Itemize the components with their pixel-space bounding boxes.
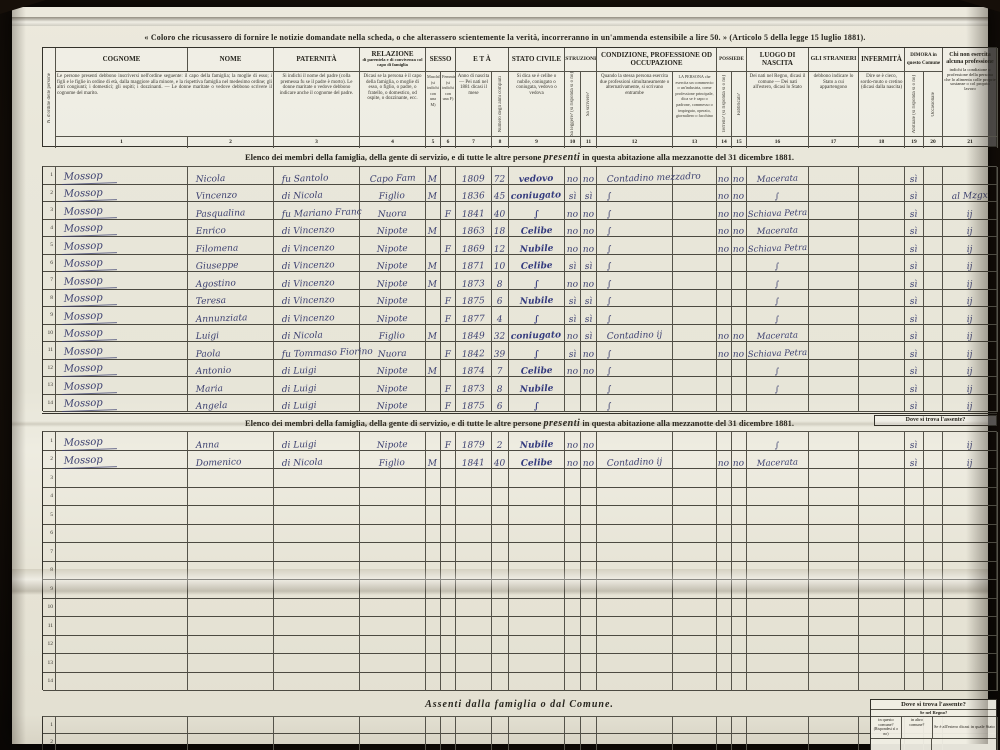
row-cell xyxy=(492,580,509,599)
table-row: 3MossopPasqualinafu Mariano FrancNuoraF1… xyxy=(43,202,996,220)
handwritten-entry: sì xyxy=(568,314,576,324)
row-cell xyxy=(360,717,426,734)
row-cell xyxy=(859,272,905,290)
header-cognome: COGNOME xyxy=(56,48,188,72)
handwritten-entry: Nipote xyxy=(377,226,408,237)
row-cell xyxy=(905,654,924,673)
row-cell xyxy=(456,562,492,581)
row-cell xyxy=(509,562,565,581)
handwritten-entry: al Mzgx xyxy=(952,191,988,202)
row-cell: no xyxy=(581,272,597,290)
row-cell xyxy=(732,734,747,750)
handwritten-entry: 1873 xyxy=(462,279,485,290)
row-cell xyxy=(943,580,998,599)
row-cell xyxy=(492,506,509,525)
row-cell: Nipote xyxy=(360,272,426,290)
section1-title-pre: Elenco dei membri della famiglia, della … xyxy=(245,152,543,162)
row-cell xyxy=(924,272,943,290)
row-cell xyxy=(597,506,673,525)
row-cell xyxy=(673,543,717,562)
handwritten-entry: M xyxy=(428,174,438,184)
row-cell xyxy=(717,360,732,378)
row-cell xyxy=(905,525,924,544)
row-cell xyxy=(188,562,274,581)
row-cell xyxy=(924,377,943,395)
row-number: 6 xyxy=(43,525,56,544)
row-cell: ∫ xyxy=(597,237,673,255)
handwritten-entry: di Nicola xyxy=(282,191,323,202)
col-number: 3 xyxy=(274,136,360,148)
row-cell xyxy=(673,395,717,413)
row-number: 9 xyxy=(43,580,56,599)
row-cell xyxy=(188,525,274,544)
row-cell xyxy=(717,290,732,308)
table-row: 9MossopAnnunziatadi VincenzoNipoteF18774… xyxy=(43,307,996,325)
col-number: 5 xyxy=(426,136,441,148)
handwritten-entry: 1849 xyxy=(462,331,485,342)
note-infermita: Dire se è cieco, sordo-muto o cretino (d… xyxy=(859,72,905,136)
handwritten-entry: M xyxy=(428,459,438,469)
row-cell: no xyxy=(732,167,747,185)
handwritten-entry: ij xyxy=(967,384,973,394)
handwritten-entry: sì xyxy=(910,297,918,307)
row-cell: Celibe xyxy=(509,220,565,238)
row-cell: 1875 xyxy=(456,395,492,413)
handwritten-entry: ∫ xyxy=(775,262,780,272)
row-cell xyxy=(509,636,565,655)
row-cell xyxy=(456,599,492,618)
handwritten-entry: ∫ xyxy=(775,367,780,377)
row-cell: 1809 xyxy=(456,167,492,185)
photographed-census-sheet: « Coloro che ricusassero di fornire le n… xyxy=(0,0,1000,750)
row-cell xyxy=(673,617,717,636)
handwritten-entry: sì xyxy=(910,262,918,272)
row-cell xyxy=(943,488,998,507)
row-cell: Nubile xyxy=(509,432,565,451)
row-cell: Pasqualina xyxy=(188,202,274,220)
row-cell: Celibe xyxy=(509,360,565,378)
col-number: 7 xyxy=(456,136,492,148)
row-cell: M xyxy=(426,255,441,273)
row-cell: Schiava Petra xyxy=(747,342,809,360)
handwritten-entry: Enrico xyxy=(196,226,226,237)
handwritten-entry: ij xyxy=(967,244,973,254)
col-number: 8 xyxy=(492,136,509,148)
row-cell: sì xyxy=(905,307,924,325)
handwritten-entry: ∫ xyxy=(534,209,540,219)
row-cell: 72 xyxy=(492,167,509,185)
row-cell xyxy=(673,469,717,488)
handwritten-entry: Figlio xyxy=(379,331,405,342)
handwritten-entry: Filomena xyxy=(196,243,239,254)
row-cell xyxy=(441,220,456,238)
handwritten-entry: no xyxy=(583,367,595,377)
handwritten-entry: ∫ xyxy=(607,192,612,202)
row-cell xyxy=(274,562,360,581)
handwritten-entry: Giuseppe xyxy=(196,261,239,272)
row-cell xyxy=(809,167,859,185)
header-chi-non-esercita-note: indichi la condizione o professione dell… xyxy=(944,68,996,92)
handwritten-entry: Schiava Petra xyxy=(747,207,807,219)
row-cell xyxy=(565,506,581,525)
handwritten-entry: ∫ xyxy=(775,192,780,202)
row-cell: ij xyxy=(943,290,998,308)
row-cell xyxy=(565,636,581,655)
row-cell xyxy=(732,506,747,525)
row-cell: no xyxy=(565,220,581,238)
ordine-column-label: N. d'ordine delle persone xyxy=(43,48,56,148)
table-header: N. d'ordine delle persone COGNOME NOME P… xyxy=(42,47,997,147)
row-cell: sì xyxy=(581,325,597,343)
row-cell xyxy=(426,580,441,599)
handwritten-entry: M xyxy=(428,332,438,342)
row-cell xyxy=(441,469,456,488)
row-cell: 7 xyxy=(492,360,509,378)
row-cell: sì xyxy=(905,220,924,238)
row-cell xyxy=(859,673,905,692)
row-cell xyxy=(732,488,747,507)
row-cell xyxy=(441,325,456,343)
row-cell: sì xyxy=(905,360,924,378)
row-cell: Celibe xyxy=(509,255,565,273)
handwritten-entry: Nipote xyxy=(377,401,408,412)
row-cell xyxy=(673,290,717,308)
row-cell: Maria xyxy=(188,377,274,395)
row-cell: di Vincenzo xyxy=(274,220,360,238)
row-cell xyxy=(456,525,492,544)
row-cell xyxy=(924,342,943,360)
note-due-professioni: Quando la stessa persona esercita due pr… xyxy=(597,72,673,136)
handwritten-entry: no xyxy=(567,209,579,219)
row-cell: 1841 xyxy=(456,451,492,470)
row-cell: Nipote xyxy=(360,395,426,413)
handwritten-entry: no xyxy=(733,174,745,184)
note-relazione: Dicasi se la persona è il capo della fam… xyxy=(360,72,426,136)
row-cell xyxy=(732,307,747,325)
row-cell: M xyxy=(426,167,441,185)
row-cell xyxy=(441,360,456,378)
handwritten-entry: ij xyxy=(967,279,973,289)
row-cell xyxy=(859,506,905,525)
handwritten-entry: no xyxy=(718,227,730,237)
col-number: 14 xyxy=(717,136,732,148)
row-cell xyxy=(565,734,581,750)
row-cell xyxy=(809,617,859,636)
row-cell: Angela xyxy=(188,395,274,413)
table-row: 2MossopVincenzodi NicolaFiglioM183645con… xyxy=(43,185,996,203)
row-cell: no xyxy=(565,272,581,290)
row-cell xyxy=(859,525,905,544)
row-cell: Mossop xyxy=(56,237,188,255)
row-cell: 6 xyxy=(492,290,509,308)
row-cell xyxy=(859,636,905,655)
row-cell: ∫ xyxy=(597,377,673,395)
row-cell xyxy=(492,562,509,581)
table-row: 6MossopGiuseppedi VincenzoNipoteM187110C… xyxy=(43,255,996,273)
row-cell: Mossop xyxy=(56,432,188,451)
handwritten-entry: ij xyxy=(967,367,973,377)
row-cell xyxy=(673,272,717,290)
note-occasionale: Occasionale xyxy=(924,72,943,136)
row-cell xyxy=(924,255,943,273)
row-cell xyxy=(924,395,943,413)
row-cell: Mossop xyxy=(56,255,188,273)
handwritten-entry: ∫ xyxy=(775,440,780,450)
row-cell xyxy=(732,290,747,308)
row-cell xyxy=(492,717,509,734)
row-cell: Contadino ij xyxy=(597,451,673,470)
row-cell xyxy=(924,654,943,673)
col-number: 19 xyxy=(905,136,924,148)
row-cell xyxy=(274,617,360,636)
handwritten-entry: ij xyxy=(967,349,973,359)
table-row: 3 xyxy=(43,469,996,488)
handwritten-entry: ∫ xyxy=(607,279,612,289)
row-cell xyxy=(492,543,509,562)
row-number: 11 xyxy=(43,617,56,636)
handwritten-entry: no xyxy=(733,192,745,202)
row-cell: no xyxy=(565,325,581,343)
row-cell: ij xyxy=(943,255,998,273)
row-cell xyxy=(565,377,581,395)
handwritten-entry: ∫ xyxy=(607,314,612,324)
row-cell xyxy=(360,734,426,750)
absent-box-nota: (Rispondesi sì o no) xyxy=(872,727,900,736)
row-cell xyxy=(809,360,859,378)
table-row: 7MossopAgostinodi VincenzoNipoteM18738∫n… xyxy=(43,272,996,290)
row-cell: sì xyxy=(905,395,924,413)
row-cell xyxy=(859,307,905,325)
row-cell xyxy=(859,202,905,220)
row-number: 11 xyxy=(43,342,56,360)
row-cell: Enrico xyxy=(188,220,274,238)
row-cell xyxy=(809,255,859,273)
handwritten-entry: sì xyxy=(910,279,918,289)
row-cell xyxy=(924,469,943,488)
row-cell: 18 xyxy=(492,220,509,238)
row-cell: 6 xyxy=(492,395,509,413)
row-number: 7 xyxy=(43,272,56,290)
handwritten-entry: no xyxy=(733,227,745,237)
row-cell: no xyxy=(581,167,597,185)
handwritten-entry: F xyxy=(445,314,452,324)
row-cell: ∫ xyxy=(597,395,673,413)
row-cell xyxy=(188,580,274,599)
handwritten-entry: sì xyxy=(910,244,918,254)
row-number: 13 xyxy=(43,377,56,395)
row-cell xyxy=(717,562,732,581)
row-cell: Macerata xyxy=(747,220,809,238)
row-cell xyxy=(597,654,673,673)
row-cell: no xyxy=(565,360,581,378)
row-cell: ij xyxy=(943,202,998,220)
handwritten-entry: no xyxy=(733,244,745,254)
row-cell: di Nicola xyxy=(274,185,360,203)
row-cell xyxy=(924,167,943,185)
handwritten-entry: sì xyxy=(584,314,592,324)
handwritten-entry: di Luigi xyxy=(282,401,317,412)
table-row: 11MossopPaolafu Tommaso FiorinoNuoraF184… xyxy=(43,342,996,360)
row-cell: Macerata xyxy=(747,167,809,185)
row-cell xyxy=(732,617,747,636)
row-cell xyxy=(597,562,673,581)
header-sesso: SESSO xyxy=(426,48,456,72)
row-cell xyxy=(56,599,188,618)
row-cell xyxy=(492,673,509,692)
row-cell xyxy=(859,599,905,618)
row-cell: no xyxy=(732,202,747,220)
row-cell xyxy=(509,580,565,599)
row-cell xyxy=(732,272,747,290)
handwritten-entry: no xyxy=(567,227,579,237)
row-number: 1 xyxy=(43,167,56,185)
row-cell: 1841 xyxy=(456,202,492,220)
row-cell xyxy=(859,325,905,343)
row-cell: ∫ xyxy=(597,220,673,238)
row-cell xyxy=(581,377,597,395)
row-cell: Mossop xyxy=(56,451,188,470)
table-row: 10MossopLuigidi NicolaFiglioM184932coniu… xyxy=(43,325,996,343)
row-cell xyxy=(565,543,581,562)
col-number: 16 xyxy=(747,136,809,148)
row-cell xyxy=(732,543,747,562)
row-cell: ∫ xyxy=(747,307,809,325)
handwritten-entry: Mossop xyxy=(62,328,117,342)
table-row: 9 xyxy=(43,580,996,599)
row-cell: Mossop xyxy=(56,167,188,185)
handwritten-entry: coniugato xyxy=(511,190,562,202)
note-anno-nascita: Anno di nascita — Pei nati nel 1881 dica… xyxy=(456,72,492,136)
row-cell xyxy=(859,185,905,203)
row-cell: Mossop xyxy=(56,185,188,203)
section3-title: Assenti dalla famiglia o dal Comune. xyxy=(42,697,997,713)
row-cell xyxy=(56,734,188,750)
header-eta: E T À xyxy=(456,48,509,72)
table-row: 6 xyxy=(43,525,996,544)
note-abituale: Abituale (si risponda sì o no) xyxy=(905,72,924,136)
handwritten-entry: Mossop xyxy=(62,276,117,290)
row-cell: Contadino ij xyxy=(597,325,673,343)
row-cell xyxy=(565,580,581,599)
handwritten-entry: Angela xyxy=(196,401,228,412)
handwritten-entry: no xyxy=(567,367,579,377)
row-cell xyxy=(732,255,747,273)
row-cell xyxy=(188,717,274,734)
assente-side-strip: Dove si trova l'assente? xyxy=(874,415,997,426)
handwritten-entry: 7 xyxy=(497,367,503,377)
row-cell: no xyxy=(565,202,581,220)
row-cell xyxy=(859,543,905,562)
row-cell xyxy=(597,543,673,562)
table-row: 2MossopDomenicodi NicolaFiglioM184140Cel… xyxy=(43,451,996,470)
row-cell: 1874 xyxy=(456,360,492,378)
handwritten-entry: ∫ xyxy=(775,297,780,307)
row-cell xyxy=(747,580,809,599)
row-cell: Contadino mezzadro xyxy=(597,167,673,185)
row-cell: Mossop xyxy=(56,272,188,290)
row-cell: Mossop xyxy=(56,307,188,325)
table-row: 5 xyxy=(43,506,996,525)
row-cell xyxy=(905,617,924,636)
row-cell xyxy=(673,325,717,343)
row-cell: sì xyxy=(581,290,597,308)
row-cell xyxy=(809,307,859,325)
row-cell: no xyxy=(565,167,581,185)
row-cell: F xyxy=(441,202,456,220)
note-anni-compiuti: Numero degli anni compiuti xyxy=(492,72,509,136)
row-cell xyxy=(274,488,360,507)
row-cell xyxy=(274,654,360,673)
table-row: 2 xyxy=(43,734,996,750)
handwritten-entry: ∫ xyxy=(534,402,540,412)
row-cell: Nipote xyxy=(360,360,426,378)
table-row: 11 xyxy=(43,617,996,636)
row-cell xyxy=(426,717,441,734)
handwritten-entry: Nipote xyxy=(377,439,408,450)
handwritten-entry: 1842 xyxy=(462,349,485,360)
present-members-table-2: 1MossopAnnadi LuigiNipoteF18792Nubilenon… xyxy=(42,431,997,690)
row-cell xyxy=(859,237,905,255)
header-condizione: CONDIZIONE, PROFESSIONE OD OCCUPAZIONE xyxy=(597,48,717,72)
handwritten-entry: Nubile xyxy=(519,296,553,307)
row-cell: ∫ xyxy=(597,342,673,360)
row-cell: Mossop xyxy=(56,395,188,413)
row-cell: di Vincenzo xyxy=(274,237,360,255)
row-cell xyxy=(360,617,426,636)
handwritten-entry: Mossop xyxy=(62,437,117,451)
handwritten-entry: M xyxy=(428,279,438,289)
row-cell xyxy=(360,525,426,544)
row-cell: ∫ xyxy=(597,202,673,220)
row-cell xyxy=(509,734,565,750)
handwritten-entry: fu Mariano Franc xyxy=(282,207,362,220)
row-cell: Schiava Petra xyxy=(747,237,809,255)
row-cell xyxy=(441,488,456,507)
row-cell xyxy=(673,580,717,599)
row-cell: Mossop xyxy=(56,360,188,378)
row-cell xyxy=(274,543,360,562)
handwritten-entry: 32 xyxy=(494,332,506,342)
handwritten-entry: 2 xyxy=(497,440,503,450)
row-cell xyxy=(809,395,859,413)
handwritten-entry: sì xyxy=(910,174,918,184)
row-cell xyxy=(732,654,747,673)
row-cell: ∫ xyxy=(509,307,565,325)
row-cell: sì xyxy=(905,255,924,273)
row-cell xyxy=(673,432,717,451)
row-cell xyxy=(943,562,998,581)
row-cell xyxy=(441,506,456,525)
row-cell: 45 xyxy=(492,185,509,203)
row-cell xyxy=(188,734,274,750)
row-cell xyxy=(597,488,673,507)
handwritten-entry: ∫ xyxy=(607,262,612,272)
handwritten-entry: di Luigi xyxy=(282,439,317,450)
handwritten-entry: di Luigi xyxy=(282,383,317,394)
note-stato-civile: Si dica se è celibe o nubile, coniugato … xyxy=(509,72,565,136)
handwritten-entry: sì xyxy=(568,192,576,202)
row-cell xyxy=(565,525,581,544)
handwritten-entry: Mossop xyxy=(62,293,117,307)
row-cell xyxy=(809,272,859,290)
row-cell: ∫ xyxy=(747,185,809,203)
row-cell xyxy=(747,525,809,544)
row-cell xyxy=(717,734,732,750)
absent-box-altro-comune: in altro comune? xyxy=(902,717,933,738)
row-cell: 4 xyxy=(492,307,509,325)
row-cell xyxy=(673,377,717,395)
row-cell xyxy=(492,734,509,750)
